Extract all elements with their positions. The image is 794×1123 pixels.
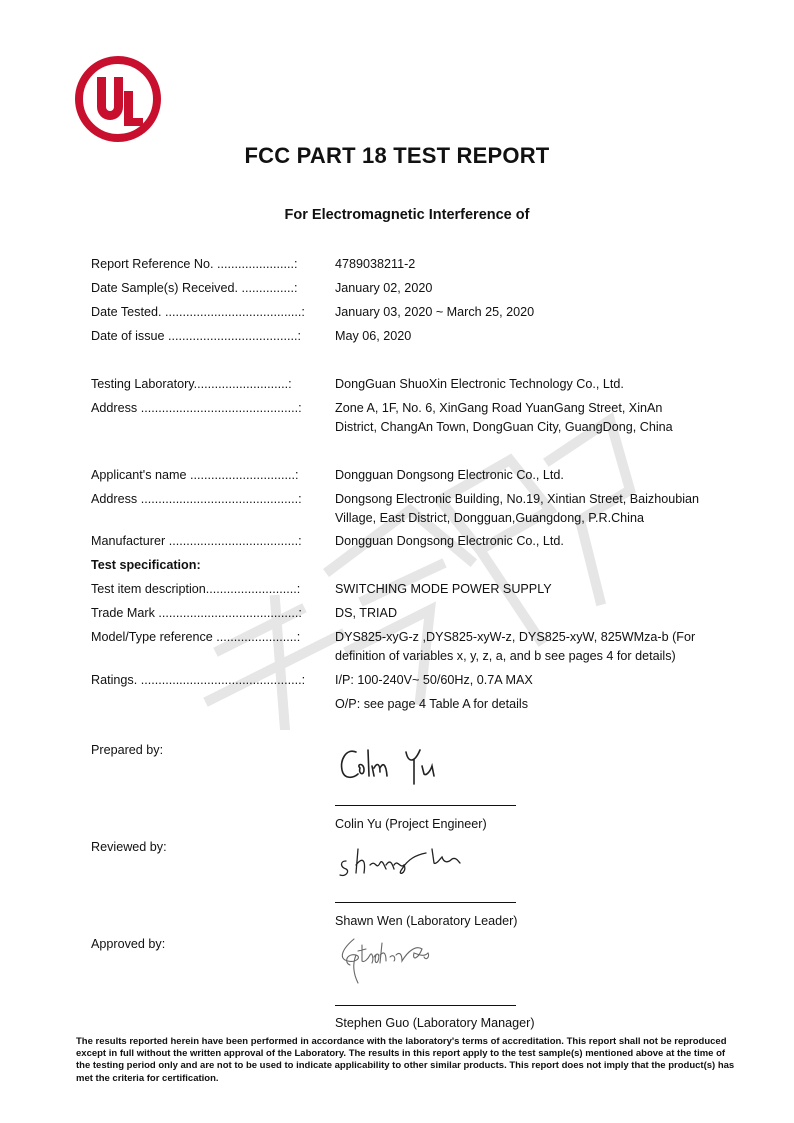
signature-colin-yu	[336, 742, 446, 787]
field-value: DS, TRIAD	[335, 604, 735, 623]
approved-by-label: Approved by:	[91, 937, 165, 951]
prepared-by-name: Colin Yu (Project Engineer)	[335, 817, 487, 831]
field-value: May 06, 2020	[335, 327, 735, 346]
field-label: Test item description...................…	[91, 580, 313, 599]
signature-shawn-wen	[336, 843, 476, 878]
address-line: District, ChangAn Town, DongGuan City, G…	[335, 420, 673, 434]
field-value: January 02, 2020	[335, 279, 735, 298]
field-label: Address ................................…	[91, 490, 313, 509]
field-label: Model/Type reference ...................…	[91, 628, 313, 647]
address-line: Dongsong Electronic Building, No.19, Xin…	[335, 492, 699, 506]
field-label: Date of issue ..........................…	[91, 327, 313, 346]
field-label: Applicant's name .......................…	[91, 466, 313, 485]
field-label: Report Reference No. ...................…	[91, 255, 313, 274]
value-line: O/P: see page 4 Table A for details	[335, 697, 528, 711]
ul-logo	[74, 55, 162, 143]
approved-by-name: Stephen Guo (Laboratory Manager)	[335, 1016, 535, 1030]
field-label: Address ................................…	[91, 399, 313, 418]
signature-line	[335, 805, 516, 806]
ul-logo-icon	[74, 55, 162, 143]
field-value: DongGuan ShuoXin Electronic Technology C…	[335, 375, 735, 394]
signature-stephen-guo	[336, 935, 436, 985]
value-line: I/P: 100-240V~ 50/60Hz, 0.7A MAX	[335, 673, 533, 687]
footer-disclaimer: The results reported herein have been pe…	[76, 1036, 736, 1085]
signature-line	[335, 902, 516, 903]
address-line: Village, East District, Dongguan,Guangdo…	[335, 511, 644, 525]
field-label: Ratings. ...............................…	[91, 671, 313, 690]
prepared-by-label: Prepared by:	[91, 743, 163, 757]
field-value: Zone A, 1F, No. 6, XinGang Road YuanGang…	[335, 399, 735, 436]
field-label: Date Sample(s) Received. ...............…	[91, 279, 313, 298]
field-label: Testing Laboratory......................…	[91, 375, 313, 394]
field-value: January 03, 2020 ~ March 25, 2020	[335, 303, 735, 322]
field-label: Trade Mark .............................…	[91, 604, 313, 623]
report-subtitle: For Electromagnetic Interference of	[0, 207, 794, 223]
field-value: Dongsong Electronic Building, No.19, Xin…	[335, 490, 735, 527]
test-spec-heading: Test specification:	[91, 556, 201, 575]
signature-line	[335, 1005, 516, 1006]
address-line: Zone A, 1F, No. 6, XinGang Road YuanGang…	[335, 401, 662, 415]
value-line: DYS825-xyG-z ,DYS825-xyW-z, DYS825-xyW, …	[335, 630, 695, 644]
field-label: Date Tested. ...........................…	[91, 303, 313, 322]
field-value: Dongguan Dongsong Electronic Co., Ltd.	[335, 466, 735, 485]
field-value: 4789038211-2	[335, 255, 735, 274]
field-value: I/P: 100-240V~ 50/60Hz, 0.7A MAX O/P: se…	[335, 668, 735, 716]
value-line: definition of variables x, y, z, a, and …	[335, 649, 676, 663]
field-value: Dongguan Dongsong Electronic Co., Ltd.	[335, 532, 735, 551]
field-value: SWITCHING MODE POWER SUPPLY	[335, 580, 735, 599]
field-label: Manufacturer ...........................…	[91, 532, 313, 551]
reviewed-by-name: Shawn Wen (Laboratory Leader)	[335, 914, 517, 928]
reviewed-by-label: Reviewed by:	[91, 840, 167, 854]
field-value: DYS825-xyG-z ,DYS825-xyW-z, DYS825-xyW, …	[335, 628, 735, 665]
report-title: FCC PART 18 TEST REPORT	[0, 143, 794, 169]
